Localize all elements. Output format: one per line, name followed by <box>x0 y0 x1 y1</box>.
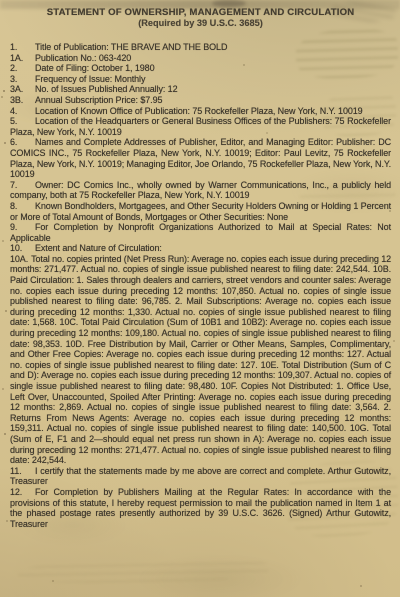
document-subtitle: (Required by 39 U.S.C. 3685) <box>10 18 391 29</box>
statement-item-10A-circulation-figures: 10A.Total no. copies printed (Net Press … <box>10 254 391 466</box>
item-text: Annual Subscription Price: $7.95 <box>35 95 162 105</box>
item-text: Date of Filing: October 1, 1980 <box>35 63 154 73</box>
document-title: STATEMENT OF OWNERSHIP, MANAGEMENT AND C… <box>10 7 391 18</box>
item-number: 2. <box>10 63 35 74</box>
item-text: Total no. copies printed (Net Press Run)… <box>10 254 391 465</box>
item-number: 10A. <box>10 254 31 264</box>
title-block: STATEMENT OF OWNERSHIP, MANAGEMENT AND C… <box>10 7 391 29</box>
item-text: Extent and Nature of Circulation: <box>35 243 162 253</box>
statement-item-10: 10.Extent and Nature of Circulation: <box>10 243 391 254</box>
scanned-document-page: STATEMENT OF OWNERSHIP, MANAGEMENT AND C… <box>0 0 400 597</box>
item-text: No. of Issues Published Annually: 12 <box>35 84 178 94</box>
item-text: Location of the Headquarters or General … <box>10 116 391 137</box>
statement-item-11: 11.I certify that the statements made by… <box>10 466 391 487</box>
item-number: 1. <box>10 42 35 53</box>
item-text: Owner: DC Comics Inc., wholly owned by W… <box>10 180 391 201</box>
statement-item-4: 4.Location of Known Office of Publicatio… <box>10 106 391 117</box>
statement-item-12: 12.For Completion by Publishers Mailing … <box>10 487 391 529</box>
item-number: 3B. <box>10 95 35 106</box>
statement-item-9: 9.For Completion by Nonprofit Organizati… <box>10 222 391 243</box>
item-number: 3. <box>10 74 35 85</box>
item-text: Title of Publication: THE BRAVE AND THE … <box>35 42 227 52</box>
statement-item-7: 7.Owner: DC Comics Inc., wholly owned by… <box>10 180 391 201</box>
item-number: 11. <box>10 466 35 477</box>
statement-item-8: 8.Known Bondholders, Mortgagees, and Oth… <box>10 201 391 222</box>
item-text: Publication No.: 063-420 <box>35 53 131 63</box>
item-text: Known Bondholders, Mortgagees, and Other… <box>10 201 391 222</box>
item-number: 8. <box>10 201 35 212</box>
item-number: 9. <box>10 222 35 233</box>
item-number: 12. <box>10 487 35 498</box>
statement-item-3B: 3B.Annual Subscription Price: $7.95 <box>10 95 391 106</box>
document-content: STATEMENT OF OWNERSHIP, MANAGEMENT AND C… <box>0 0 400 529</box>
item-text: Frequency of Issue: Monthly <box>35 74 145 84</box>
item-number: 6. <box>10 137 35 148</box>
statement-item-1: 1.Title of Publication: THE BRAVE AND TH… <box>10 42 391 53</box>
item-number: 3A. <box>10 84 35 95</box>
document-body: 1.Title of Publication: THE BRAVE AND TH… <box>10 42 391 529</box>
item-text: For Completion by Publishers Mailing at … <box>10 487 391 529</box>
item-text: Location of Known Office of Publication:… <box>35 106 363 116</box>
statement-item-2: 2.Date of Filing: October 1, 1980 <box>10 63 391 74</box>
item-number: 1A. <box>10 53 35 64</box>
item-text: For Completion by Nonprofit Organization… <box>10 222 391 243</box>
item-number: 10. <box>10 243 35 254</box>
item-number: 5. <box>10 116 35 127</box>
statement-item-1A: 1A.Publication No.: 063-420 <box>10 53 391 64</box>
bleedthrough-text-smudge <box>18 558 268 584</box>
statement-item-6: 6.Names and Complete Addresses of Publis… <box>10 137 391 179</box>
statement-item-3: 3.Frequency of Issue: Monthly <box>10 74 391 85</box>
item-text: Names and Complete Addresses of Publishe… <box>10 137 391 179</box>
item-number: 4. <box>10 106 35 117</box>
item-number: 7. <box>10 180 35 191</box>
statement-item-5: 5.Location of the Headquarters or Genera… <box>10 116 391 137</box>
statement-item-3A: 3A.No. of Issues Published Annually: 12 <box>10 84 391 95</box>
item-text: I certify that the statements made by me… <box>10 466 391 487</box>
